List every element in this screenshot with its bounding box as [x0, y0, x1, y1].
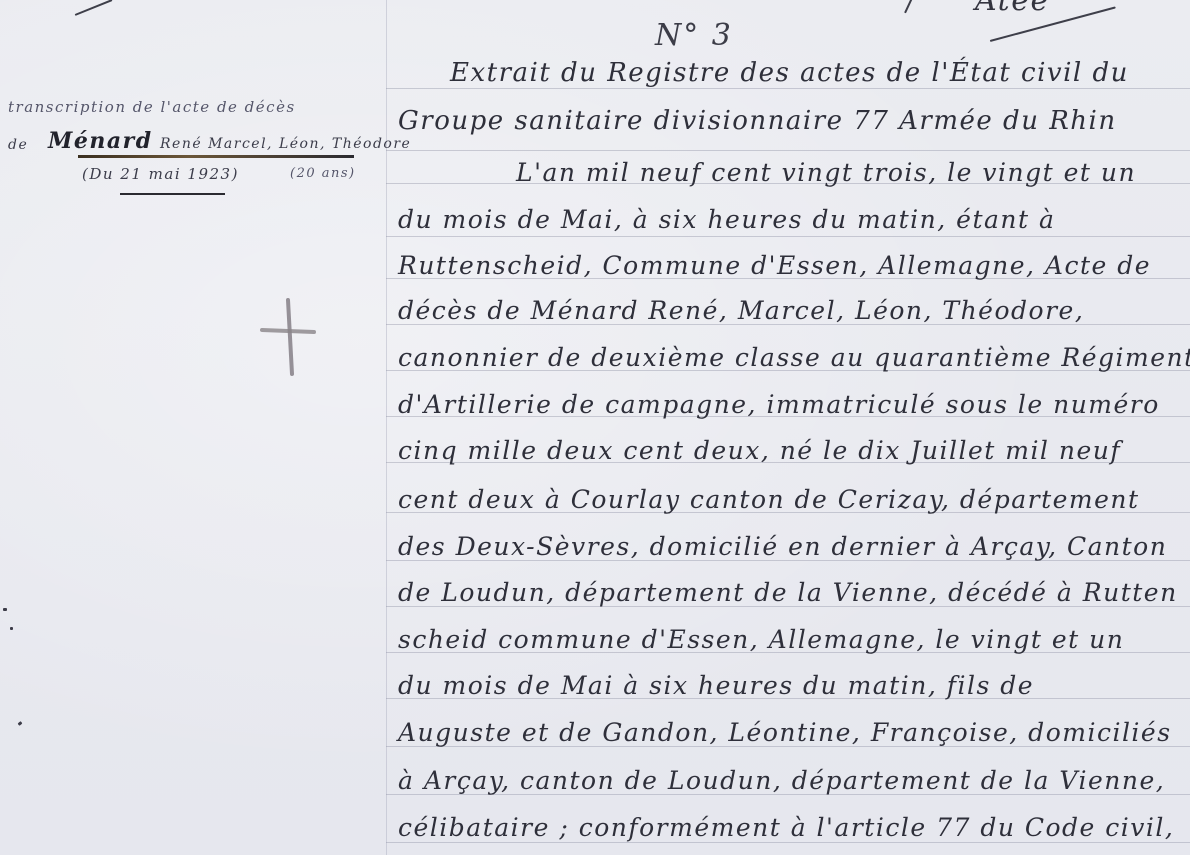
body-line-4: décès de Ménard René, Marcel, Léon, Théo…: [398, 298, 1084, 323]
body-line-10: de Loudun, département de la Vienne, déc…: [398, 580, 1178, 605]
margin-note-age: (20 ans): [290, 167, 356, 180]
margin-note-date: (Du 21 mai 1923): [82, 167, 239, 182]
body-line-8: cent deux à Courlay canton de Cerizay, d…: [398, 487, 1140, 512]
document-number: N° 3: [655, 18, 733, 53]
body-line-3: Ruttenscheid, Commune d'Essen, Allemagne…: [398, 253, 1151, 278]
margin-date-underline: [120, 193, 225, 195]
cross-mark-icon: [258, 296, 318, 380]
ink-stroke: [904, 0, 923, 13]
body-line-11: scheid commune d'Essen, Allemagne, le vi…: [398, 627, 1124, 652]
ruled-line: [386, 842, 1190, 843]
body-line-1: L'an mil neuf cent vingt trois, le vingt…: [516, 160, 1136, 185]
document-page: Ateé N° 3 Extrait du Registre des actes …: [0, 0, 1190, 855]
margin-note-underline: [78, 155, 354, 158]
body-line-12: du mois de Mai à six heures du matin, fi…: [398, 673, 1034, 698]
margin-note-prefix: de: [8, 138, 28, 152]
body-line-7: cinq mille deux cent deux, né le dix Jui…: [398, 438, 1121, 463]
body-line-13: Auguste et de Gandon, Léontine, François…: [398, 720, 1172, 745]
margin-note-surname: Ménard: [48, 130, 153, 152]
ink-stroke: [75, 0, 113, 16]
top-right-annotation: Ateé: [975, 0, 1050, 16]
body-line-2: du mois de Mai, à six heures du matin, é…: [398, 207, 1055, 232]
ink-speck: [10, 627, 13, 630]
body-line-15: célibataire ; conformément à l'article 7…: [398, 815, 1174, 840]
ruled-line: [386, 150, 1190, 151]
ink-speck: [18, 721, 23, 726]
body-line-6: d'Artillerie de campagne, immatriculé so…: [398, 392, 1160, 417]
margin-note-line-1: transcription de l'acte de décès: [8, 100, 296, 115]
margin-rule: [386, 0, 387, 855]
body-line-9: des Deux-Sèvres, domicilié en dernier à …: [398, 534, 1167, 559]
body-line-5: canonnier de deuxième classe au quaranti…: [398, 345, 1190, 370]
document-title-line-1: Extrait du Registre des actes de l'État …: [450, 60, 1129, 86]
body-line-14: à Arçay, canton de Loudun, département d…: [398, 768, 1165, 793]
margin-note-given-names: René Marcel, Léon, Théodore: [160, 137, 411, 151]
ruled-line: [386, 88, 1190, 89]
ruled-line: [386, 236, 1190, 237]
document-title-line-2: Groupe sanitaire divisionnaire 77 Armée …: [398, 108, 1117, 134]
ink-speck: [3, 608, 7, 611]
